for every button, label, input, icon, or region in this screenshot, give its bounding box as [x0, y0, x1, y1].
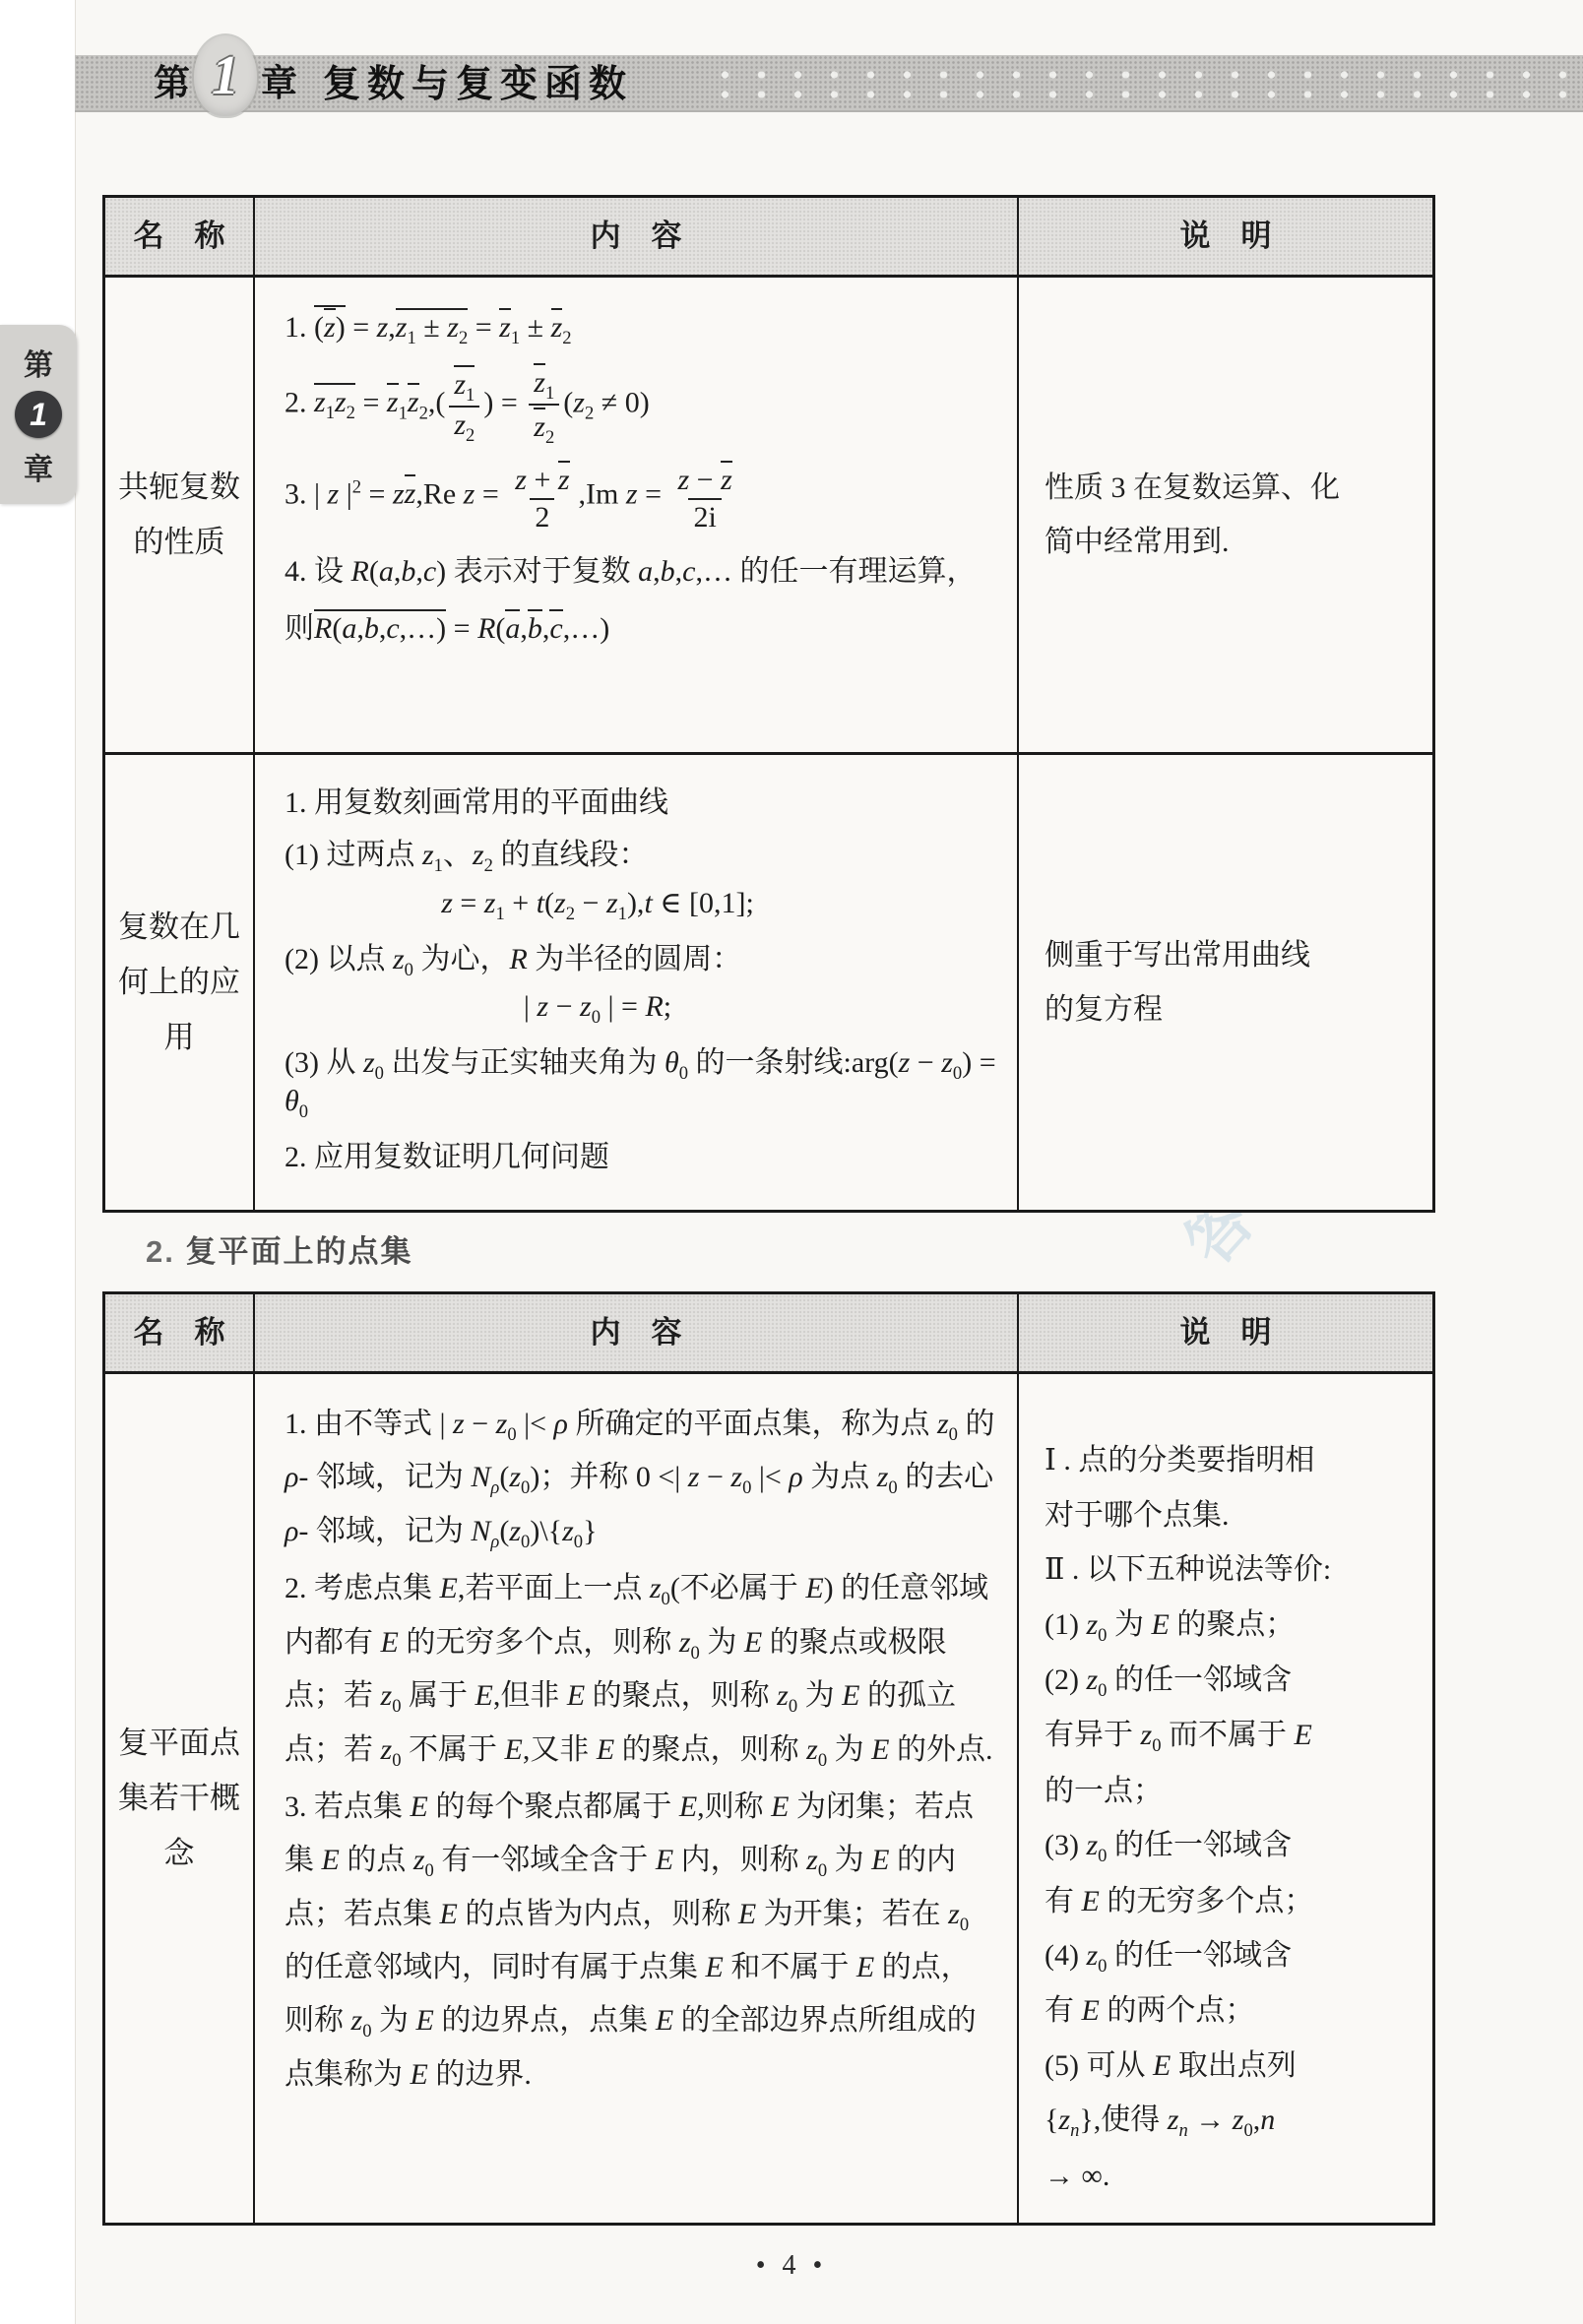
- table2-header-content: 内 容: [253, 1294, 1017, 1371]
- formula-line: 则R(a,b,c,…) = R(a,b,c,…): [285, 603, 999, 647]
- note-line: 有异于 z0 而不属于 E: [1045, 1708, 1419, 1763]
- chapter-title-row: 第 1 章 复数与复变函数: [154, 35, 633, 116]
- side-tab-char-bottom: 章: [24, 445, 53, 488]
- row-note-cell: Ⅰ . 点的分类要指明相对于哪个点集.Ⅱ . 以下五种说法等价:(1) z0 为…: [1017, 1374, 1432, 2223]
- chapter-number: 1: [212, 44, 239, 107]
- text-line: 1. 用复数刻画常用的平面曲线: [285, 778, 999, 821]
- chapter-side-tab: 第 1 章: [0, 325, 77, 504]
- note-line: 侧重于写出常用曲线: [1045, 928, 1419, 983]
- row-name-cell: 复数在几 何上的应用: [105, 755, 253, 1210]
- paragraph: 3. 若点集 E 的每个聚点都属于 E,则称 E 为闭集；若点集 E 的点 z0…: [285, 1781, 999, 2101]
- side-tab-number: 1: [30, 397, 47, 433]
- paragraph: 2. 考虑点集 E,若平面上一点 z0(不必属于 E) 的任意邻域内都有 E 的…: [285, 1562, 999, 1777]
- note-line: 性质 3 在复数运算、化: [1045, 461, 1419, 516]
- table-row: 复平面点 集若干概念 1. 由不等式 | z − z0 |< ρ 所确定的平面点…: [105, 1374, 1432, 2223]
- note-line: (4) z0 的任一邻域含: [1045, 1928, 1419, 1983]
- row-content-cell: 1. 由不等式 | z − z0 |< ρ 所确定的平面点集，称为点 z0 的 …: [253, 1374, 1017, 2223]
- text-line: z = z1 + t(z2 − z1),t ∈ [0,1];: [285, 886, 999, 925]
- table-row: 复数在几 何上的应用 1. 用复数刻画常用的平面曲线(1) 过两点 z1、z2 …: [105, 752, 1432, 1210]
- banner-dots-decoration: [707, 65, 1573, 104]
- text-line: (3) 从 z0 出发与正实轴夹角为 θ0 的一条射线:arg(z − z0) …: [285, 1037, 999, 1123]
- note-line: 的复方程: [1045, 982, 1419, 1037]
- chapter-number-bubble: 1: [194, 35, 257, 116]
- side-tab-number-circle: 1: [15, 391, 62, 438]
- note-line: 有 E 的两个点；: [1045, 1983, 1419, 2039]
- row-name-line: 的性质: [134, 515, 225, 570]
- table2-header-row: 名 称 内 容 说 明: [105, 1294, 1432, 1374]
- row-name-line: 共轭复数: [118, 460, 240, 515]
- note-line: (1) z0 为 E 的聚点；: [1045, 1598, 1419, 1653]
- row-content-cell: 1. 用复数刻画常用的平面曲线(1) 过两点 z1、z2 的直线段：z = z1…: [253, 755, 1017, 1210]
- table-conjugate-and-geometry: 名 称 内 容 说 明 共轭复数 的性质 1. (z) = z,z1 ± z2 …: [102, 195, 1435, 1213]
- row-name-line: 集若干概念: [109, 1771, 249, 1881]
- row-name-line: 复平面点: [118, 1716, 240, 1771]
- row-name-cell: 共轭复数 的性质: [105, 278, 253, 752]
- note-line: Ⅰ . 点的分类要指明相: [1045, 1433, 1419, 1488]
- section-number: 2.: [146, 1234, 175, 1269]
- section-heading: 2. 复平面上的点集: [146, 1226, 412, 1271]
- note-line: (2) z0 的任一邻域含: [1045, 1653, 1419, 1708]
- note-line: Ⅱ . 以下五种说法等价:: [1045, 1542, 1419, 1598]
- table-row: 共轭复数 的性质 1. (z) = z,z1 ± z2 = z1 ± z22. …: [105, 278, 1432, 752]
- page-number: • 4 •: [0, 2250, 1583, 2282]
- side-tab-char-top: 第: [24, 341, 53, 384]
- chapter-banner: 第 1 章 复数与复变函数: [75, 55, 1583, 112]
- note-line: 对于哪个点集.: [1045, 1488, 1419, 1543]
- row-name-line: 复数在几: [118, 900, 240, 955]
- section-title: 复平面上的点集: [185, 1234, 412, 1269]
- row-note-cell: 侧重于写出常用曲线的复方程: [1017, 755, 1432, 1210]
- table2-header-name: 名 称: [105, 1294, 253, 1371]
- note-line: 简中经常用到.: [1045, 515, 1419, 570]
- note-line: {zn},使得 zn → z0,n: [1045, 2093, 1419, 2148]
- note-line: 有 E 的无穷多个点；: [1045, 1874, 1419, 1929]
- table1-header-content: 内 容: [253, 198, 1017, 275]
- text-line: 2. 应用复数证明几何问题: [285, 1132, 999, 1175]
- paragraph: 1. 由不等式 | z − z0 |< ρ 所确定的平面点集，称为点 z0 的 …: [285, 1398, 999, 1558]
- table-point-sets: 名 称 内 容 说 明 复平面点 集若干概念 1. 由不等式 | z − z0 …: [102, 1291, 1435, 2226]
- row-content-cell: 1. (z) = z,z1 ± z2 = z1 ± z22. z1z2 = z1…: [253, 278, 1017, 752]
- note-line: → ∞.: [1045, 2149, 1419, 2204]
- row-name-line: 何上的应用: [109, 955, 249, 1065]
- table2-header-note: 说 明: [1017, 1294, 1432, 1371]
- chapter-title: 复数与复变函数: [323, 53, 633, 116]
- formula-line: 3. | z |2 = zz,Re z = z + z2,Im z = z − …: [285, 461, 999, 533]
- note-line: 的一点；: [1045, 1764, 1419, 1819]
- table1-header-row: 名 称 内 容 说 明: [105, 198, 1432, 278]
- formula-line: 4. 设 R(a,b,c) 表示对于复数 a,b,c,… 的任一有理运算，: [285, 546, 999, 590]
- chapter-label-suffix: 章: [261, 51, 297, 116]
- formula-line: 2. z1z2 = z1z2,(z1z2) = z1z2(z2 ≠ 0): [285, 363, 999, 447]
- text-line: | z − z0 | = R;: [285, 990, 999, 1029]
- note-line: (3) z0 的任一邻域含: [1045, 1818, 1419, 1873]
- formula-line: 1. (z) = z,z1 ± z2 = z1 ± z2: [285, 305, 999, 349]
- text-line: (2) 以点 z0 为心，R 为半径的圆周：: [285, 934, 999, 981]
- note-line: (5) 可从 E 取出点列: [1045, 2039, 1419, 2094]
- table1-header-name: 名 称: [105, 198, 253, 275]
- text-line: (1) 过两点 z1、z2 的直线段：: [285, 830, 999, 877]
- chapter-label-prefix: 第: [154, 51, 190, 116]
- table1-header-note: 说 明: [1017, 198, 1432, 275]
- row-note-cell: 性质 3 在复数运算、化简中经常用到.: [1017, 278, 1432, 752]
- row-name-cell: 复平面点 集若干概念: [105, 1374, 253, 2223]
